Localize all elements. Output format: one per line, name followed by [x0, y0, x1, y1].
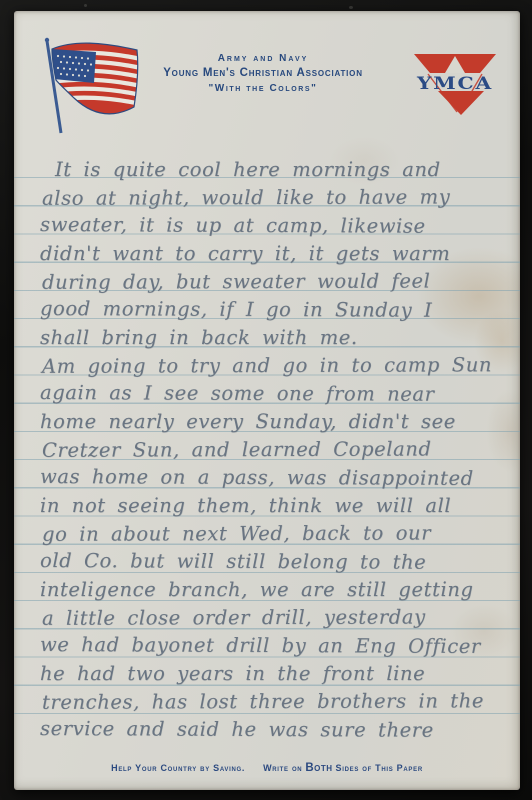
handwriting-line: old Co. but will still belong to the	[40, 547, 502, 577]
org-name-line1: Army and Navy	[110, 53, 416, 64]
handwriting-line: in not seeing them, think we will all	[40, 492, 502, 520]
footer-part2: Write on	[263, 763, 302, 773]
ymca-triangle-logo-icon: YMCA	[413, 52, 497, 118]
letter-paper: Army and Navy Young Men's Christian Asso…	[14, 11, 520, 790]
handwriting-line: inteligence branch, we are still getting	[40, 576, 502, 604]
footer-part3: Sides of This Paper	[336, 763, 423, 773]
handwriting-line: during day, but sweater would feel	[40, 267, 502, 297]
handwriting-line: sweater, it is up at camp, likewise	[40, 211, 502, 241]
handwriting-line: also at night, would like to have my	[40, 183, 502, 213]
handwriting-line: shall bring in back with me.	[40, 324, 502, 352]
handwriting-line: a little close order drill, yesterday	[40, 603, 502, 633]
photograph-of-letter: { "letterhead": { "org_line1": "Army and…	[0, 0, 532, 800]
org-motto: "With the Colors"	[110, 83, 416, 94]
handwriting-line: we had bayonet drill by an Eng Officer	[40, 631, 502, 661]
handwriting-line: It is quite cool here mornings and	[40, 156, 502, 184]
handwriting-line: didn't want to carry it, it gets warm	[40, 240, 502, 268]
footer-slogan: Help Your Country by Saving.Write onBoth…	[14, 762, 520, 774]
handwriting-line: go in about next Wed, back to our	[40, 519, 502, 549]
org-name-line2: Young Men's Christian Association	[110, 67, 416, 79]
footer-emphasis-word: Both	[305, 762, 332, 774]
handwriting-line: home nearly every Sunday, didn't see	[40, 408, 502, 436]
handwriting-line: good mornings, if I go in Sunday I	[40, 295, 502, 325]
backdrop-speck	[349, 6, 353, 9]
handwriting-line: trenches, has lost three brothers in the	[40, 687, 502, 717]
handwriting-lines: It is quite cool here mornings andalso a…	[40, 156, 502, 744]
handwriting-line: he had two years in the front line	[40, 660, 502, 688]
letterhead-header: Army and Navy Young Men's Christian Asso…	[110, 53, 416, 94]
backdrop-speck	[84, 4, 87, 7]
handwriting-line: service and said he was sure there	[40, 715, 502, 745]
ymca-logo-text: YMCA	[416, 74, 493, 94]
handwriting-line: Am going to try and go in to camp Sun	[40, 351, 502, 381]
handwriting-line: Cretzer Sun, and learned Copeland	[40, 435, 502, 465]
footer-part1: Help Your Country by Saving.	[111, 763, 245, 773]
handwriting-line: again as I see some one from near	[40, 379, 502, 409]
handwriting-line: was home on a pass, was disappointed	[40, 463, 502, 493]
